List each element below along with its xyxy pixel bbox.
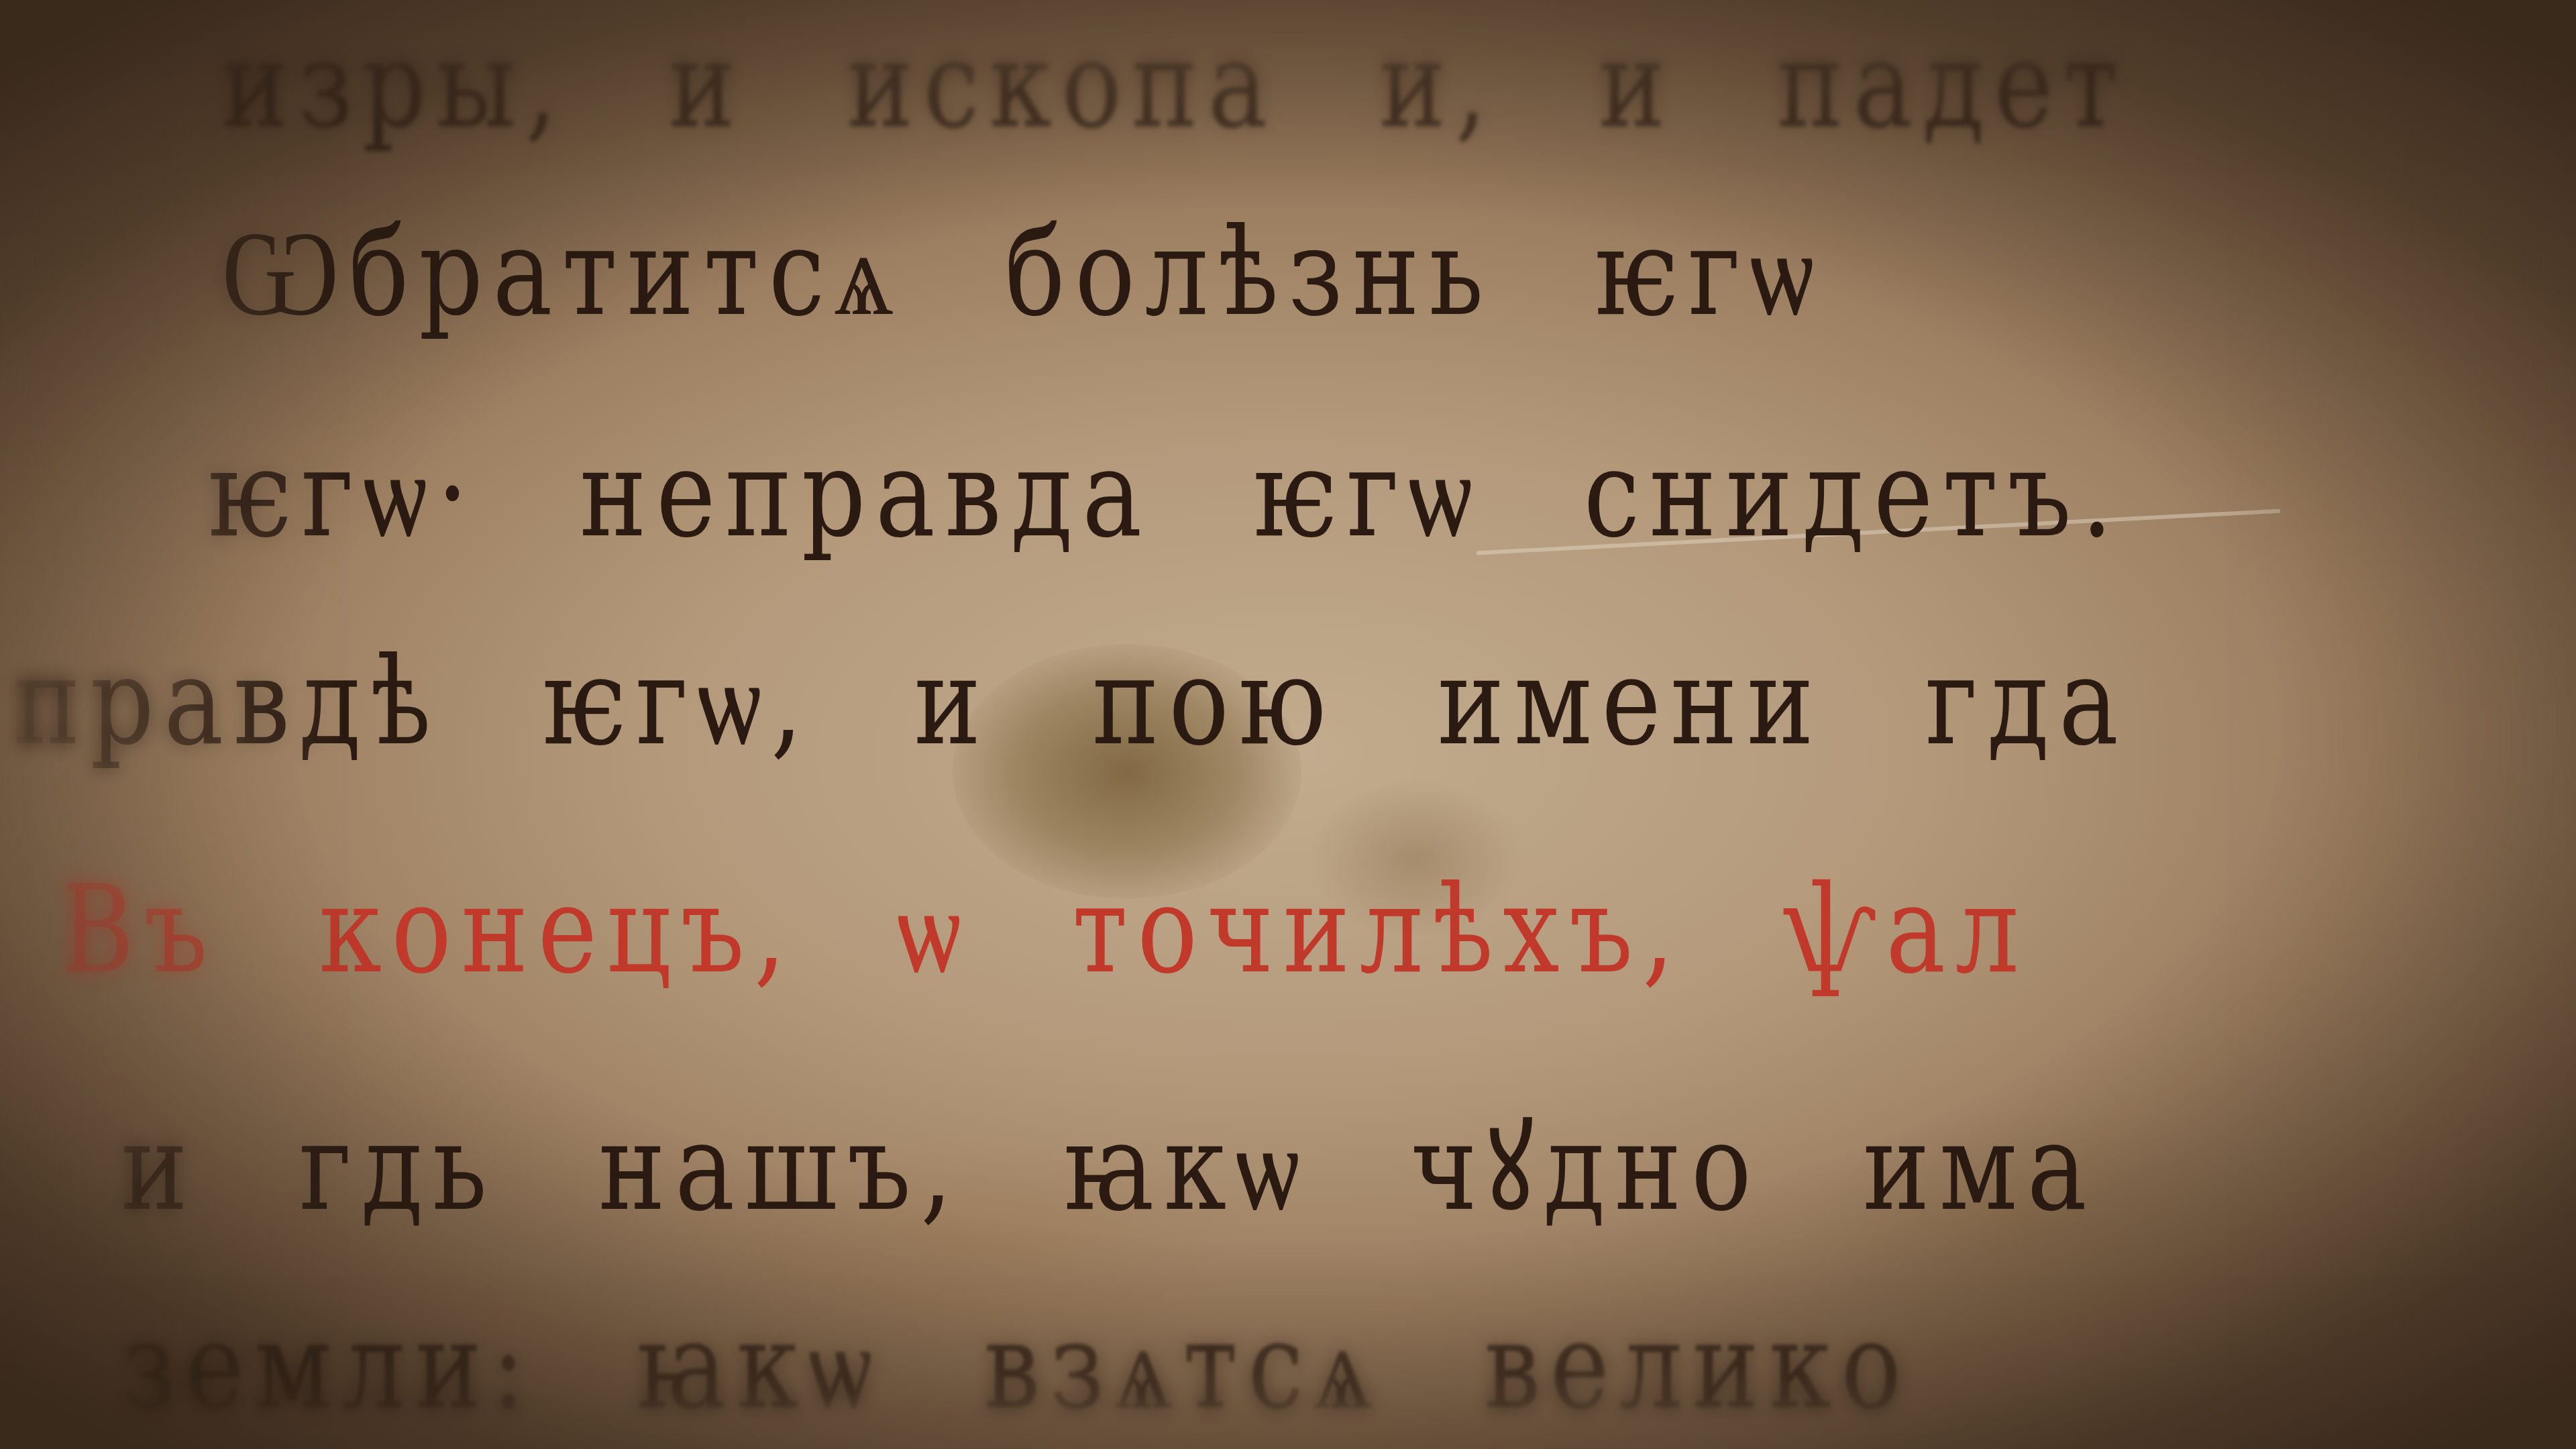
text-line-2: Ѡбратитсѧ болѣзнь ѥгѡ [0, 203, 2576, 343]
rubric-word: ѡ [897, 861, 970, 1001]
word: земли: [121, 1297, 535, 1437]
text-line-4: правдѣ ѥгѡ, и пою имени гда [0, 633, 2576, 773]
word: изры, [221, 15, 567, 156]
text-line-6: и гдь нашъ, ꙗкѡ чꙋдно има [0, 1080, 2576, 1244]
word: ѥгѡ, [542, 633, 812, 773]
word: нашъ, [598, 1097, 962, 1238]
word: пою [1092, 633, 1336, 773]
rubric-line: Въ конецъ, ѡ точилѣхъ, ѱал [0, 861, 2576, 1001]
word: ꙗкѡ [637, 1297, 882, 1437]
word: и, [1379, 15, 1497, 156]
manuscript-photo: изры, и ископа и, и падет Ѡбратитсѧ болѣ… [0, 0, 2576, 1449]
word: ѥгѡ· [208, 425, 478, 565]
word: гда [1925, 633, 2128, 773]
rubric-word: Въ [60, 861, 217, 1001]
word: Ѡбратитсѧ [221, 203, 903, 343]
word: снидетъ. [1584, 425, 2123, 565]
text-line-3: ѥгѡ· неправда ѥгѡ снидетъ. [0, 425, 2576, 565]
text-line-7: земли: ꙗкѡ взѧтсѧ велико [0, 1297, 2576, 1437]
manuscript-text: изры, и ископа и, и падет Ѡбратитсѧ болѣ… [0, 0, 2576, 1449]
word: взѧтсѧ [983, 1297, 1382, 1437]
word: и [121, 1097, 197, 1238]
word: и [669, 15, 745, 156]
word: падет [1776, 15, 2128, 156]
text-line-1: изры, и ископа и, и падет [0, 15, 2576, 156]
word: гдь [299, 1097, 497, 1238]
word: и [1599, 15, 1675, 156]
word: и [914, 633, 990, 773]
rubric-word: точилѣхъ, [1072, 861, 1684, 1001]
word: ѥгѡ [1253, 425, 1482, 565]
word: ꙗкѡ [1064, 1097, 1309, 1238]
rubric-word: ѱал [1786, 861, 2029, 1001]
word: правдѣ [13, 633, 441, 773]
word: велико [1484, 1297, 1911, 1437]
word: болѣзнь [1005, 203, 1493, 343]
word: има [1863, 1097, 2096, 1238]
word: чꙋдно [1411, 1080, 1761, 1244]
word: неправда [580, 425, 1151, 565]
word: ископа [847, 15, 1277, 156]
word: ѥгѡ [1595, 203, 1823, 343]
word: имени [1438, 633, 1823, 773]
rubric-word: конецъ, [319, 861, 795, 1001]
